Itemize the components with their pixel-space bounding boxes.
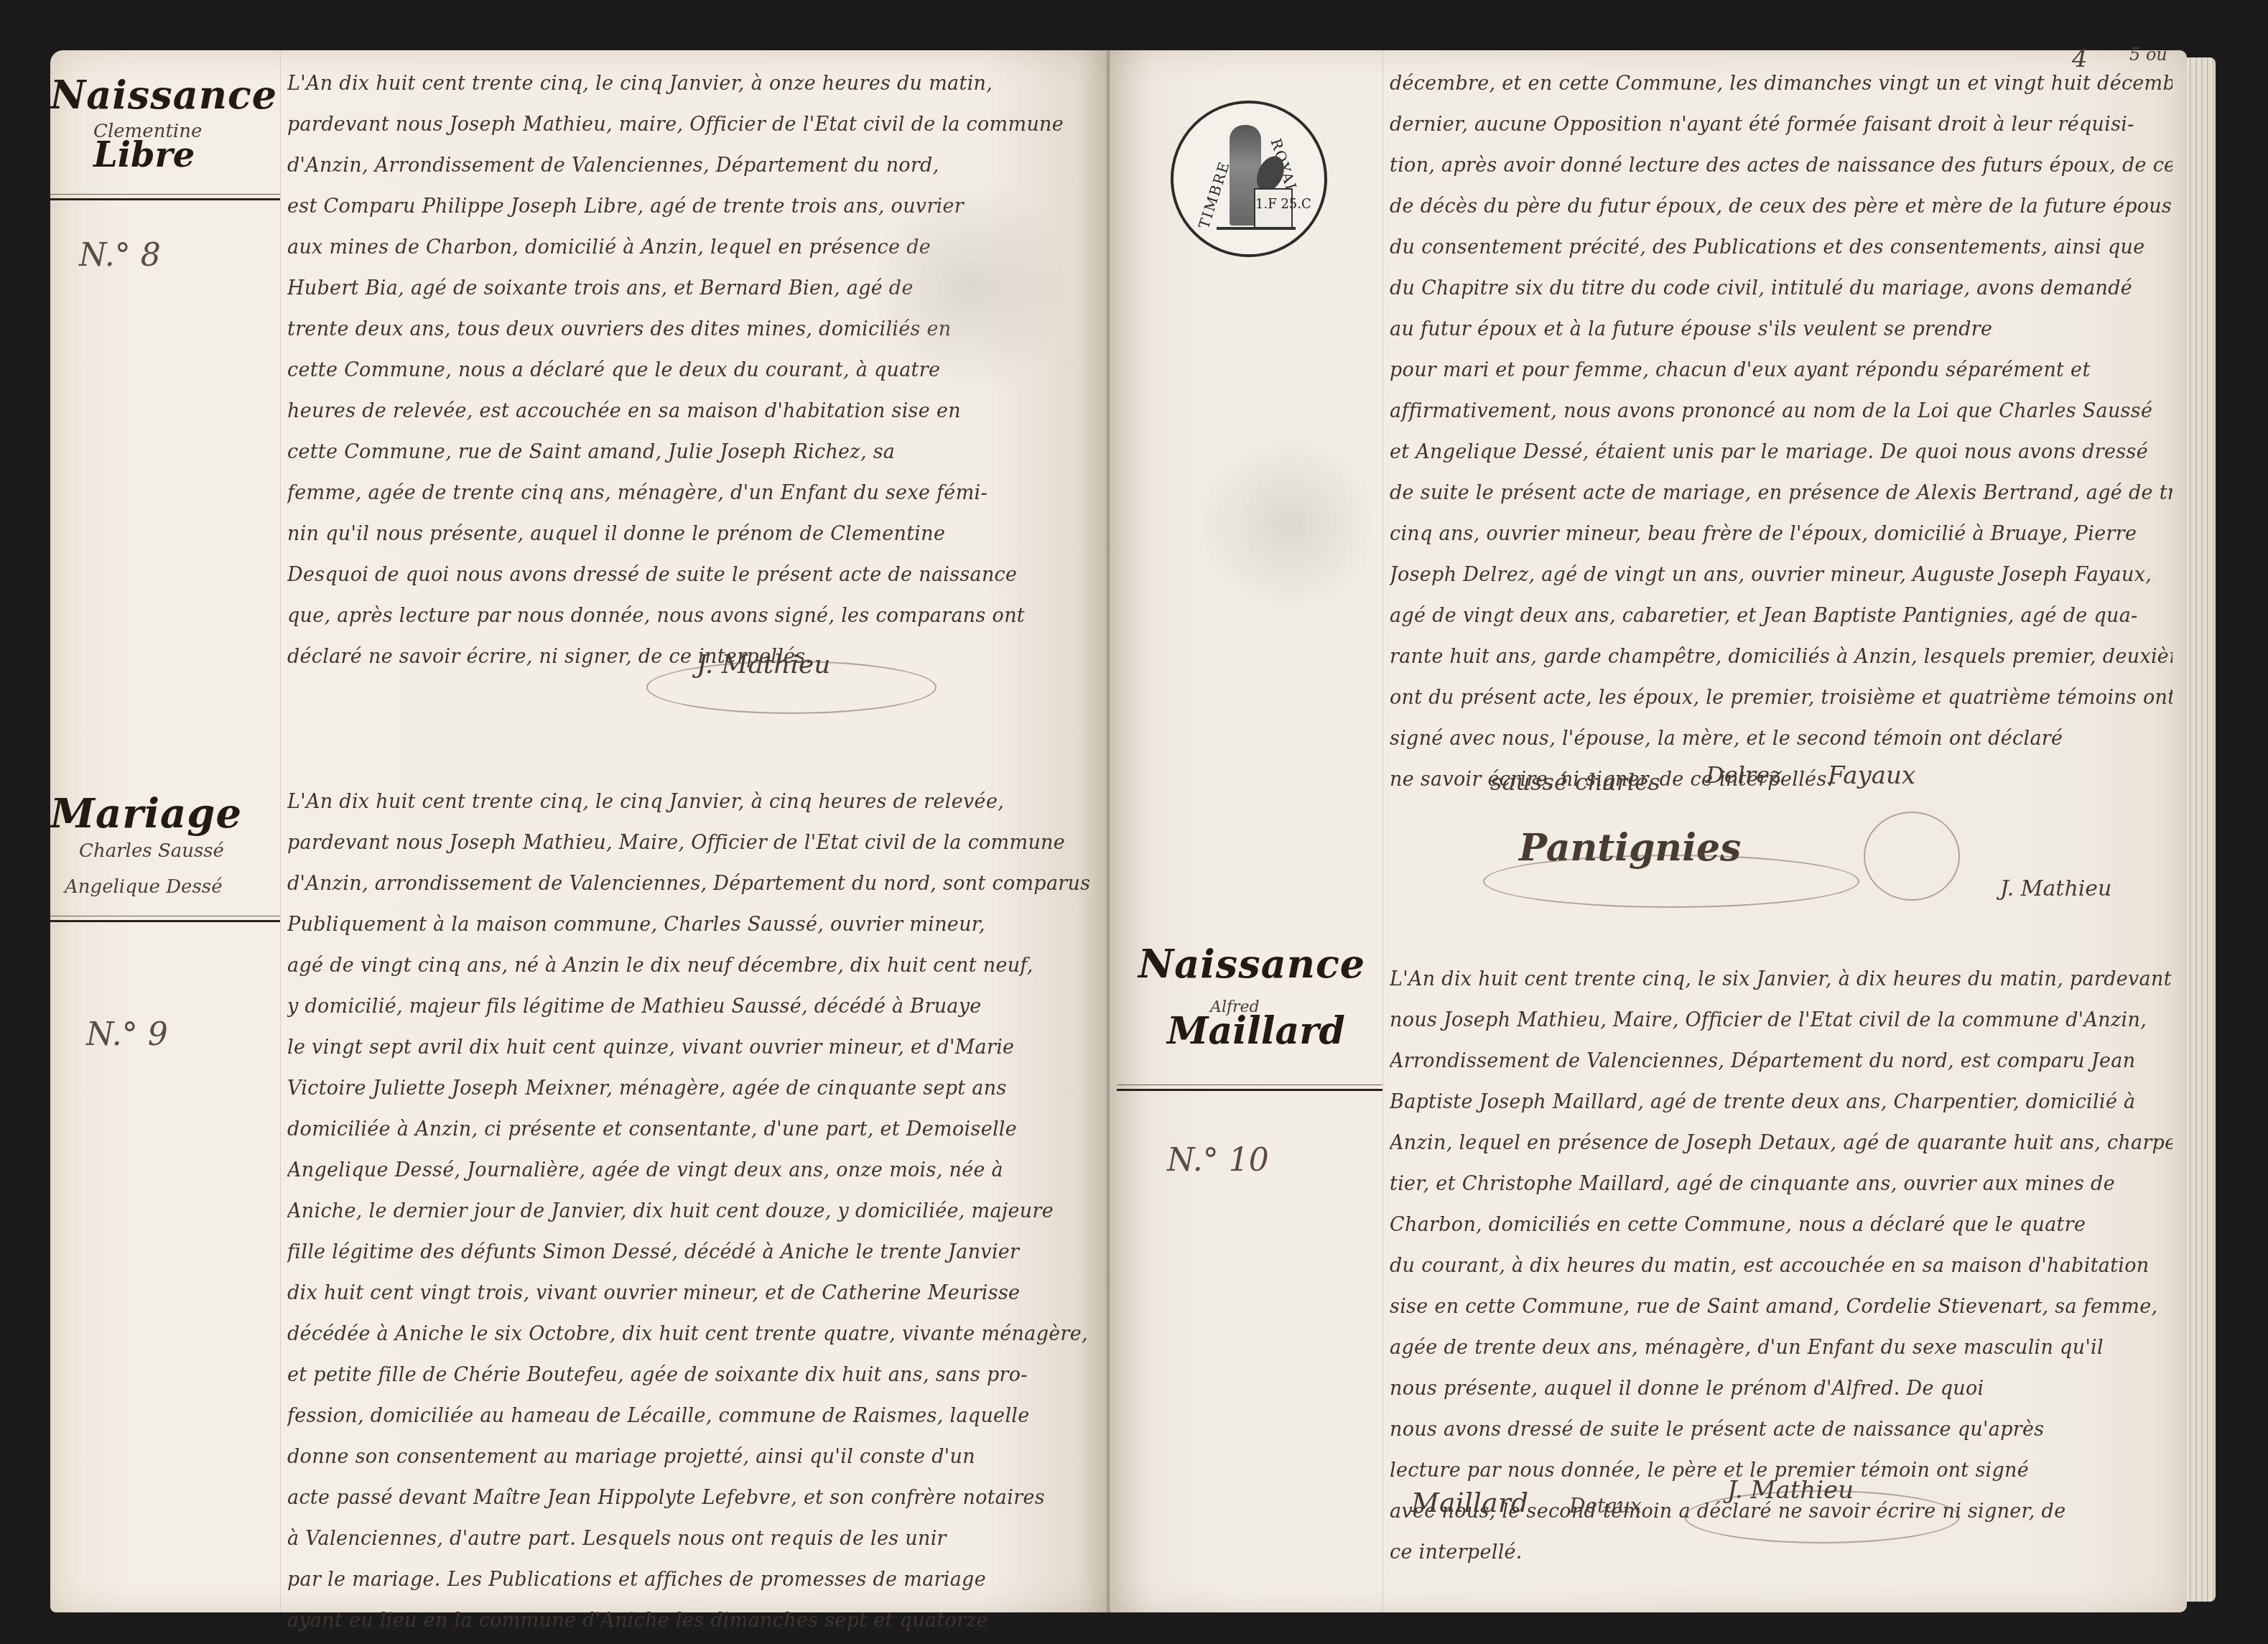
entry-divider (1117, 1085, 1382, 1091)
text-line: le vingt sept avril dix huit cent quinze… (287, 1027, 1092, 1068)
text-line: agée de trente deux ans, ménagère, d'un … (1390, 1327, 2172, 1368)
entry-bride-name: Angelique Dessé (65, 876, 223, 898)
signature-flourish (1483, 855, 1859, 908)
text-line: L'An dix huit cent trente cinq, le cinq … (287, 781, 1092, 822)
text-line: affirmativement, nous avons prononcé au … (1390, 391, 2172, 432)
text-line: au futur époux et à la future épouse s'i… (1390, 309, 2172, 350)
text-line: et petite fille de Chérie Boutefeu, agée… (287, 1355, 1092, 1395)
entry-body: L'An dix huit cent trente cinq, le cinq … (287, 781, 1092, 1641)
text-line: Anzin, lequel en présence de Joseph Deta… (1390, 1123, 2172, 1164)
stamp-base (1217, 227, 1296, 230)
text-line: du consentement précité, des Publication… (1390, 227, 2172, 268)
timbre-royal-stamp: TIMBRE ROYAL. 1.F 25.C (1171, 101, 1327, 257)
text-line: décédée à Aniche le six Octobre, dix hui… (287, 1314, 1092, 1355)
text-line: nous Joseph Mathieu, Maire, Officier de … (1390, 1000, 2172, 1041)
text-line: à Valenciennes, d'autre part. Lesquels n… (287, 1518, 1092, 1559)
signature: Detaux (1569, 1494, 1642, 1518)
text-line: Arrondissement de Valenciennes, Départem… (1390, 1041, 2172, 1082)
stamp-price: 1.F 25.C (1255, 197, 1311, 212)
text-line: signé avec nous, l'épouse, la mère, et l… (1390, 718, 2172, 759)
text-line: que, après lecture par nous donnée, nous… (287, 595, 1092, 636)
signature-flourish (646, 661, 937, 714)
text-line: nous présente, auquel il donne le prénom… (1390, 1368, 2172, 1409)
text-line: dix huit cent vingt trois, vivant ouvrie… (287, 1273, 1092, 1314)
text-line: domiciliée à Anzin, ci présente et conse… (287, 1109, 1092, 1150)
text-line: par le mariage. Les Publications et affi… (287, 1559, 1092, 1600)
text-line: tier, et Christophe Maillard, agé de cin… (1390, 1164, 2172, 1204)
text-line: ayant eu lieu en la commune d'Aniche les… (287, 1600, 1092, 1641)
text-line: agé de vingt deux ans, cabaretier, et Je… (1390, 595, 2172, 636)
text-line: L'An dix huit cent trente cinq, le cinq … (287, 63, 1092, 104)
signature: J. Mathieu (2000, 876, 2111, 901)
signature-flourish (1864, 812, 1960, 901)
entry-surname: Libre (93, 135, 195, 175)
entry-heading: Mariage (50, 790, 242, 837)
text-line: agé de vingt cinq ans, né à Anzin le dix… (287, 945, 1092, 986)
text-line: L'An dix huit cent trente cinq, le six J… (1390, 959, 2172, 1000)
text-line: décembre, et en cette Commune, les diman… (1390, 63, 2172, 104)
text-line: fille légitime des défunts Simon Dessé, … (287, 1232, 1092, 1273)
margin-rule (1382, 50, 1383, 1612)
text-line: ont du présent acte, les époux, le premi… (1390, 677, 2172, 718)
marriage-continuation-body: décembre, et en cette Commune, les diman… (1390, 63, 2172, 800)
text-line: dernier, aucune Opposition n'ayant été f… (1390, 104, 2172, 145)
corner-mark: 5 ou (2129, 45, 2167, 65)
text-line: nous avons dressé de suite le présent ac… (1390, 1409, 2172, 1450)
signature: Maillard (1411, 1487, 1528, 1518)
right-page: 4 5 ou TIMBRE ROYAL. 1.F 25.C décembre, … (1110, 50, 2187, 1612)
text-line: pardevant nous Joseph Mathieu, Maire, Of… (287, 822, 1092, 863)
text-line: d'Anzin, arrondissement de Valenciennes,… (287, 863, 1092, 904)
text-line: sise en cette Commune, rue de Saint aman… (1390, 1286, 2172, 1327)
signature-flourish (1684, 1490, 1960, 1543)
entry-number: N.° 10 (1167, 1142, 1269, 1179)
text-line: de décès du père du futur époux, de ceux… (1390, 186, 2172, 227)
entry-number: N.° 8 (79, 237, 161, 274)
entry-groom-name: Charles Saussé (79, 840, 224, 862)
text-line: Desquoi de quoi nous avons dressé de sui… (287, 554, 1092, 595)
stamp-left-text: TIMBRE (1195, 159, 1233, 231)
text-line: pardevant nous Joseph Mathieu, maire, Of… (287, 104, 1092, 145)
text-line: du Chapitre six du titre du code civil, … (1390, 268, 2172, 309)
text-line: cinq ans, ouvrier mineur, beau frère de … (1390, 514, 2172, 554)
text-line: Victoire Juliette Joseph Meixner, ménagè… (287, 1068, 1092, 1109)
embossed-seal (876, 165, 1063, 409)
text-line: pour mari et pour femme, chacun d'eux ay… (1390, 350, 2172, 391)
entry-divider (50, 194, 280, 200)
text-line: tion, après avoir donné lecture des acte… (1390, 145, 2172, 186)
signature: Delrez (1706, 761, 1782, 789)
text-line: y domicilié, majeur fils légitime de Mat… (287, 986, 1092, 1027)
text-line: nin qu'il nous présente, auquel il donne… (287, 514, 1092, 554)
text-line: Aniche, le dernier jour de Janvier, dix … (287, 1191, 1092, 1232)
page-edges (2187, 57, 2216, 1602)
embossed-seal (1203, 424, 1375, 625)
entry-divider (50, 916, 280, 922)
text-line: cette Commune, rue de Saint amand, Julie… (287, 432, 1092, 473)
text-line: Baptiste Joseph Maillard, agé de trente … (1390, 1082, 2172, 1123)
text-line: femme, agée de trente cinq ans, ménagère… (287, 473, 1092, 514)
signature: saussé charles (1490, 768, 1660, 796)
text-line: Joseph Delrez, agé de vingt un ans, ouvr… (1390, 554, 2172, 595)
open-register-book: Naissance Clementine Libre N.° 8 L'An di… (50, 50, 2212, 1612)
left-page: Naissance Clementine Libre N.° 8 L'An di… (50, 50, 1110, 1612)
text-line: Angelique Dessé, Journalière, agée de vi… (287, 1150, 1092, 1191)
text-line: donne son consentement au mariage projet… (287, 1436, 1092, 1477)
text-line: rante huit ans, garde champêtre, domicil… (1390, 636, 2172, 677)
signature: Fayaux (1828, 761, 1915, 790)
entry-heading: Naissance (1138, 941, 1365, 987)
entry-heading: Naissance (50, 72, 277, 118)
text-line: acte passé devant Maître Jean Hippolyte … (287, 1477, 1092, 1518)
text-line: de suite le présent acte de mariage, en … (1390, 473, 2172, 514)
text-line: Publiquement à la maison commune, Charle… (287, 904, 1092, 945)
text-line: fession, domiciliée au hameau de Lécaill… (287, 1395, 1092, 1436)
margin-rule (280, 50, 281, 1612)
text-line: Charbon, domiciliés en cette Commune, no… (1390, 1204, 2172, 1245)
entry-number: N.° 9 (86, 1016, 168, 1053)
entry-surname: Maillard (1167, 1009, 1345, 1053)
text-line: et Angelique Dessé, étaient unis par le … (1390, 432, 2172, 473)
text-line: du courant, à dix heures du matin, est a… (1390, 1245, 2172, 1286)
